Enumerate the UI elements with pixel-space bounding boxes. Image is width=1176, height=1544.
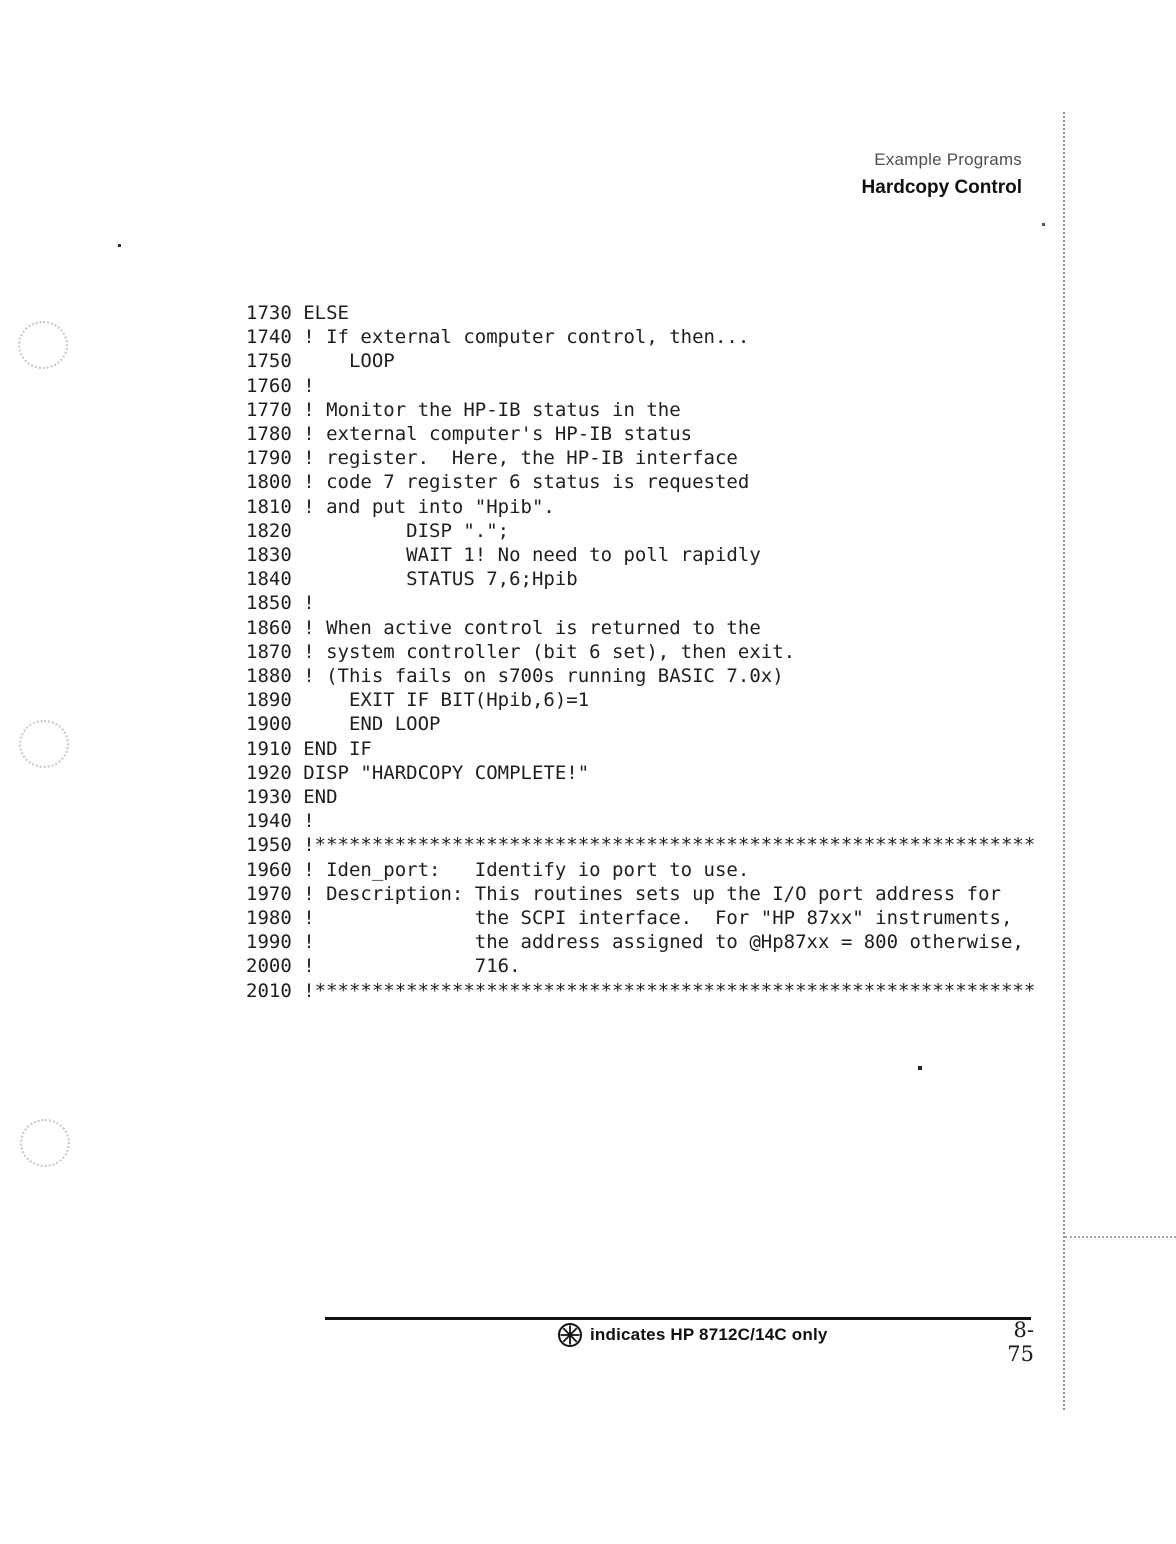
document-page: Example Programs Hardcopy Control 1730 E… bbox=[0, 0, 1176, 1544]
scan-speck bbox=[918, 1066, 922, 1070]
punch-hole-artifact bbox=[20, 1119, 70, 1167]
footer-rule bbox=[325, 1317, 1031, 1320]
punch-hole-artifact bbox=[18, 321, 68, 369]
code-listing: 1730 ELSE 1740 ! If external computer co… bbox=[246, 301, 1035, 979]
circled-asterisk-icon bbox=[557, 1322, 583, 1348]
code-listing-last-line: 2010 !**********************************… bbox=[246, 979, 1035, 1003]
punch-hole-artifact bbox=[19, 720, 69, 768]
footer-note-text: indicates HP 8712C/14C only bbox=[590, 1325, 828, 1345]
page-number: 8-75 bbox=[990, 1318, 1034, 1366]
running-header: Example Programs Hardcopy Control bbox=[862, 150, 1022, 199]
scan-speck bbox=[118, 244, 121, 247]
footer-note: indicates HP 8712C/14C only bbox=[557, 1322, 828, 1348]
header-chapter-title: Hardcopy Control bbox=[862, 177, 1022, 199]
page-edge-dotted-line-horizontal bbox=[1065, 1236, 1176, 1238]
header-section-label: Example Programs bbox=[862, 150, 1022, 170]
page-edge-dotted-line-vertical bbox=[1063, 112, 1065, 1410]
scan-speck bbox=[1042, 223, 1045, 226]
